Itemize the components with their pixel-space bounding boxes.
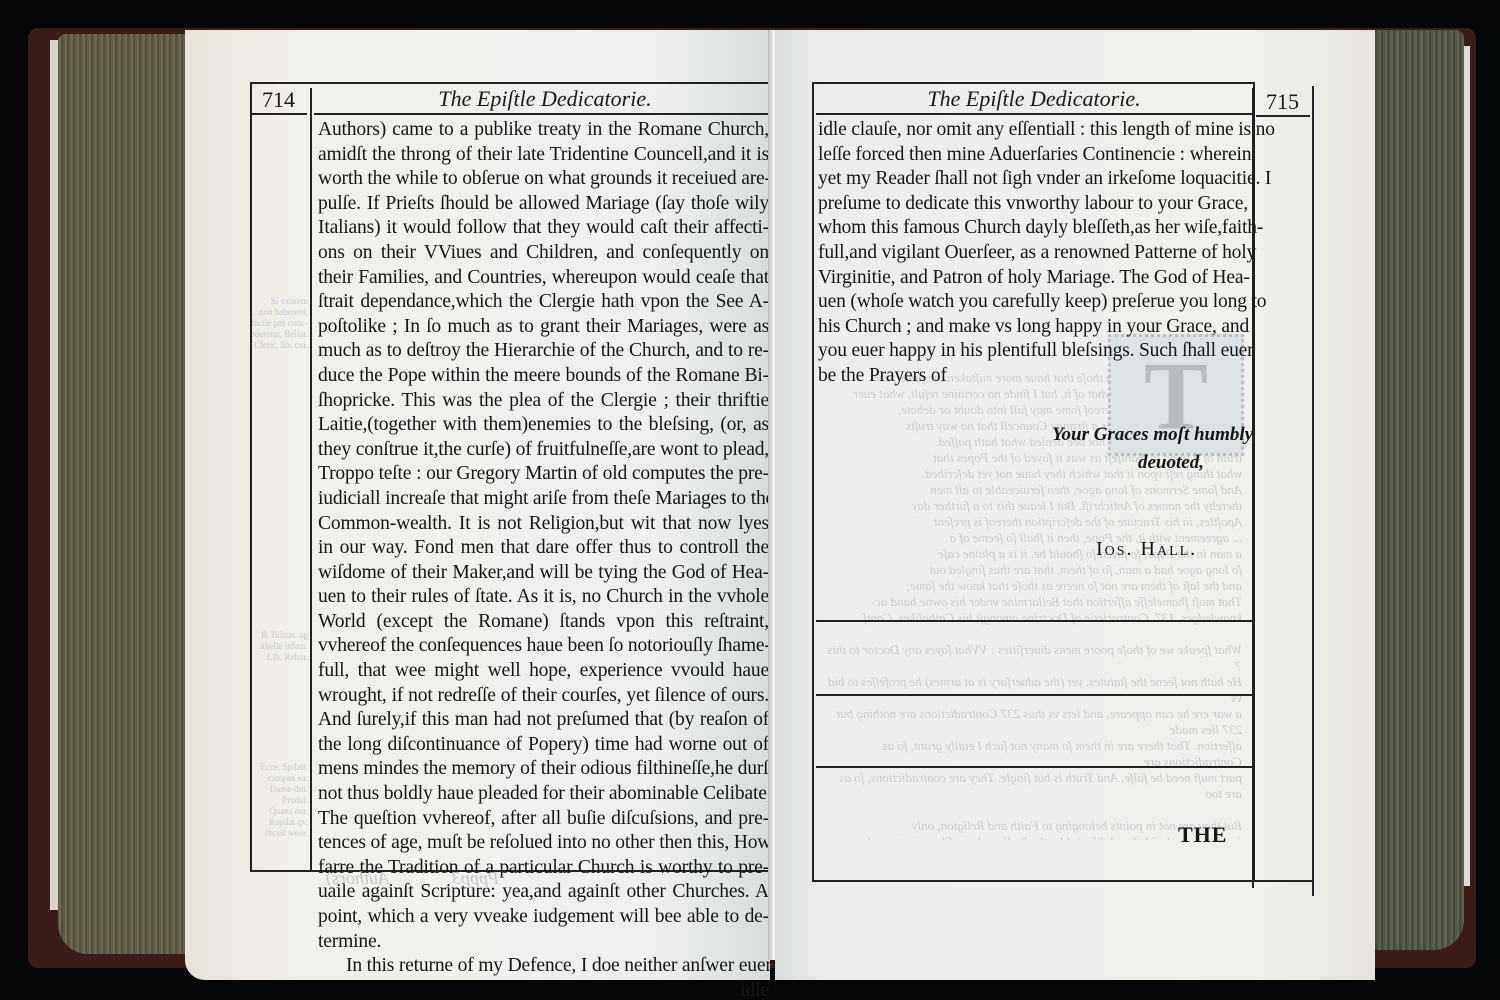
text-line: leſſe forced then mine Aduerſaries Conti… <box>818 143 1248 168</box>
text-line: termine. <box>318 930 769 955</box>
showthrough-catchword: Authors) <box>326 868 389 889</box>
right-page-body-text: idle clauſe, nor omit any eſſentiall : t… <box>818 118 1248 389</box>
left-page-edges <box>58 34 198 954</box>
head-rule <box>314 113 776 115</box>
text-line: Troppo teſte : our Gregory Martin of old… <box>318 462 769 487</box>
text-line: And ſurely,if this man had not preſumed … <box>318 708 769 733</box>
text-line: Authors) came to a publike treaty in the… <box>318 118 769 143</box>
text-line: pulſe. If Prieſts ſhould be allowed Mari… <box>318 192 769 217</box>
text-line: tences of age, muſt be reſolued into no … <box>318 831 769 856</box>
text-line: ſtrait dependance,which the Clergie hath… <box>318 290 769 315</box>
right-page-edges <box>1372 30 1464 950</box>
folio-rule-right <box>1256 115 1310 117</box>
text-line: uen (whoſe watch you carefully keep) pre… <box>818 290 1248 315</box>
text-line: wrought, if not redreſſe of their courſe… <box>318 684 769 709</box>
text-line: Common-wealth. It is not Religion,but wi… <box>318 512 769 537</box>
text-line: Italians) it would follow that they woul… <box>318 216 769 241</box>
text-line: full, that wee might well hope, experien… <box>318 659 769 684</box>
text-line: whom this famous Church dayly bleſſeth,a… <box>818 216 1248 241</box>
text-line: be the Prayers of <box>818 364 1248 389</box>
text-line: in our way. Fond men that dare offer thu… <box>318 536 769 561</box>
closing-salutation: Your Graces moſt humbly <box>1052 424 1253 446</box>
showthrough-signature-mark: Pppp3 <box>452 868 499 889</box>
text-line: his Church ; and make vs long happy in y… <box>818 315 1248 340</box>
right-margin-rule <box>1252 88 1254 888</box>
text-line: Laitie,(together with them)enemies to th… <box>318 413 769 438</box>
text-line: The queſtion vvhereof, after all buſie d… <box>318 807 769 832</box>
text-line: ſhopricke. This was the plea of the Cler… <box>318 389 769 414</box>
text-line: uen to their rules of ſtate. As it is, n… <box>318 585 769 610</box>
text-line: the long diſcontinuance of Popery) time … <box>318 733 769 758</box>
text-line: World (except the Romane) ſtands vpon th… <box>318 610 769 635</box>
text-line: idle clauſe, nor omit any eſſentiall : t… <box>818 118 1248 143</box>
showthrough-rule <box>816 766 1252 768</box>
text-line: In this returne of my Defence, I doe nei… <box>318 954 769 979</box>
showthrough-rule <box>816 620 1252 622</box>
text-line: preſume to dedicate this vnworthy labour… <box>818 192 1248 217</box>
text-line: worth the while to obſerue on what groun… <box>318 167 769 192</box>
text-line: you euer happy in his plentifull bleſsin… <box>818 339 1248 364</box>
author-signature: Ios. Hall. <box>1096 538 1197 561</box>
text-line: much as to deſtroy the Hierarchie of the… <box>318 339 769 364</box>
text-line: wiſdome of their Maker,and will be tying… <box>318 561 769 586</box>
running-head-left: The Epiſtle Dedicatorie. <box>314 86 776 112</box>
text-line: duce the Pope within the meere bounds of… <box>318 364 769 389</box>
text-line: amidſt the throng of their late Tridenti… <box>318 143 769 168</box>
text-line: point, which a very vveake iudgement wil… <box>318 905 769 930</box>
text-line: poſtolike ; In ſo much as to grant their… <box>318 315 769 340</box>
closing-devoted: deuoted, <box>1138 452 1204 474</box>
catchword-left: idle <box>318 979 769 1000</box>
folio-rule <box>252 113 307 115</box>
text-line: their Families, and Countries, whereupon… <box>318 266 769 291</box>
catchword-right: THE <box>1178 822 1227 848</box>
showthrough-rule <box>816 694 1252 696</box>
text-line: they conſtrue it,the curſe) of fruitfuln… <box>318 438 769 463</box>
text-line: vvhereof the conſequences haue been ſo n… <box>318 634 769 659</box>
text-line: Virginitie, and Patron of holy Mariage. … <box>818 266 1248 291</box>
bottom-rule <box>812 880 1314 882</box>
text-line: ons on their VViues and Children, and co… <box>318 241 769 266</box>
running-head-right: The Epiſtle Dedicatorie. <box>816 86 1252 112</box>
page-number-715: 715 <box>1266 89 1299 115</box>
left-margin-rule <box>310 88 312 872</box>
text-line: iudiciall increaſe that might ariſe from… <box>318 487 769 512</box>
text-line: not thus boldly haue pleaded for their a… <box>318 782 769 807</box>
text-line: mens mindes the memory of their odious f… <box>318 757 769 782</box>
head-rule-right <box>816 113 1252 115</box>
outer-margin-rule <box>1312 86 1314 896</box>
text-line: full,and vigilant Ouerſeer, as a renowne… <box>818 241 1248 266</box>
page-number-714: 714 <box>262 87 295 113</box>
text-line: yet my Reader ſhall not ſigh vnder an ir… <box>818 167 1248 192</box>
